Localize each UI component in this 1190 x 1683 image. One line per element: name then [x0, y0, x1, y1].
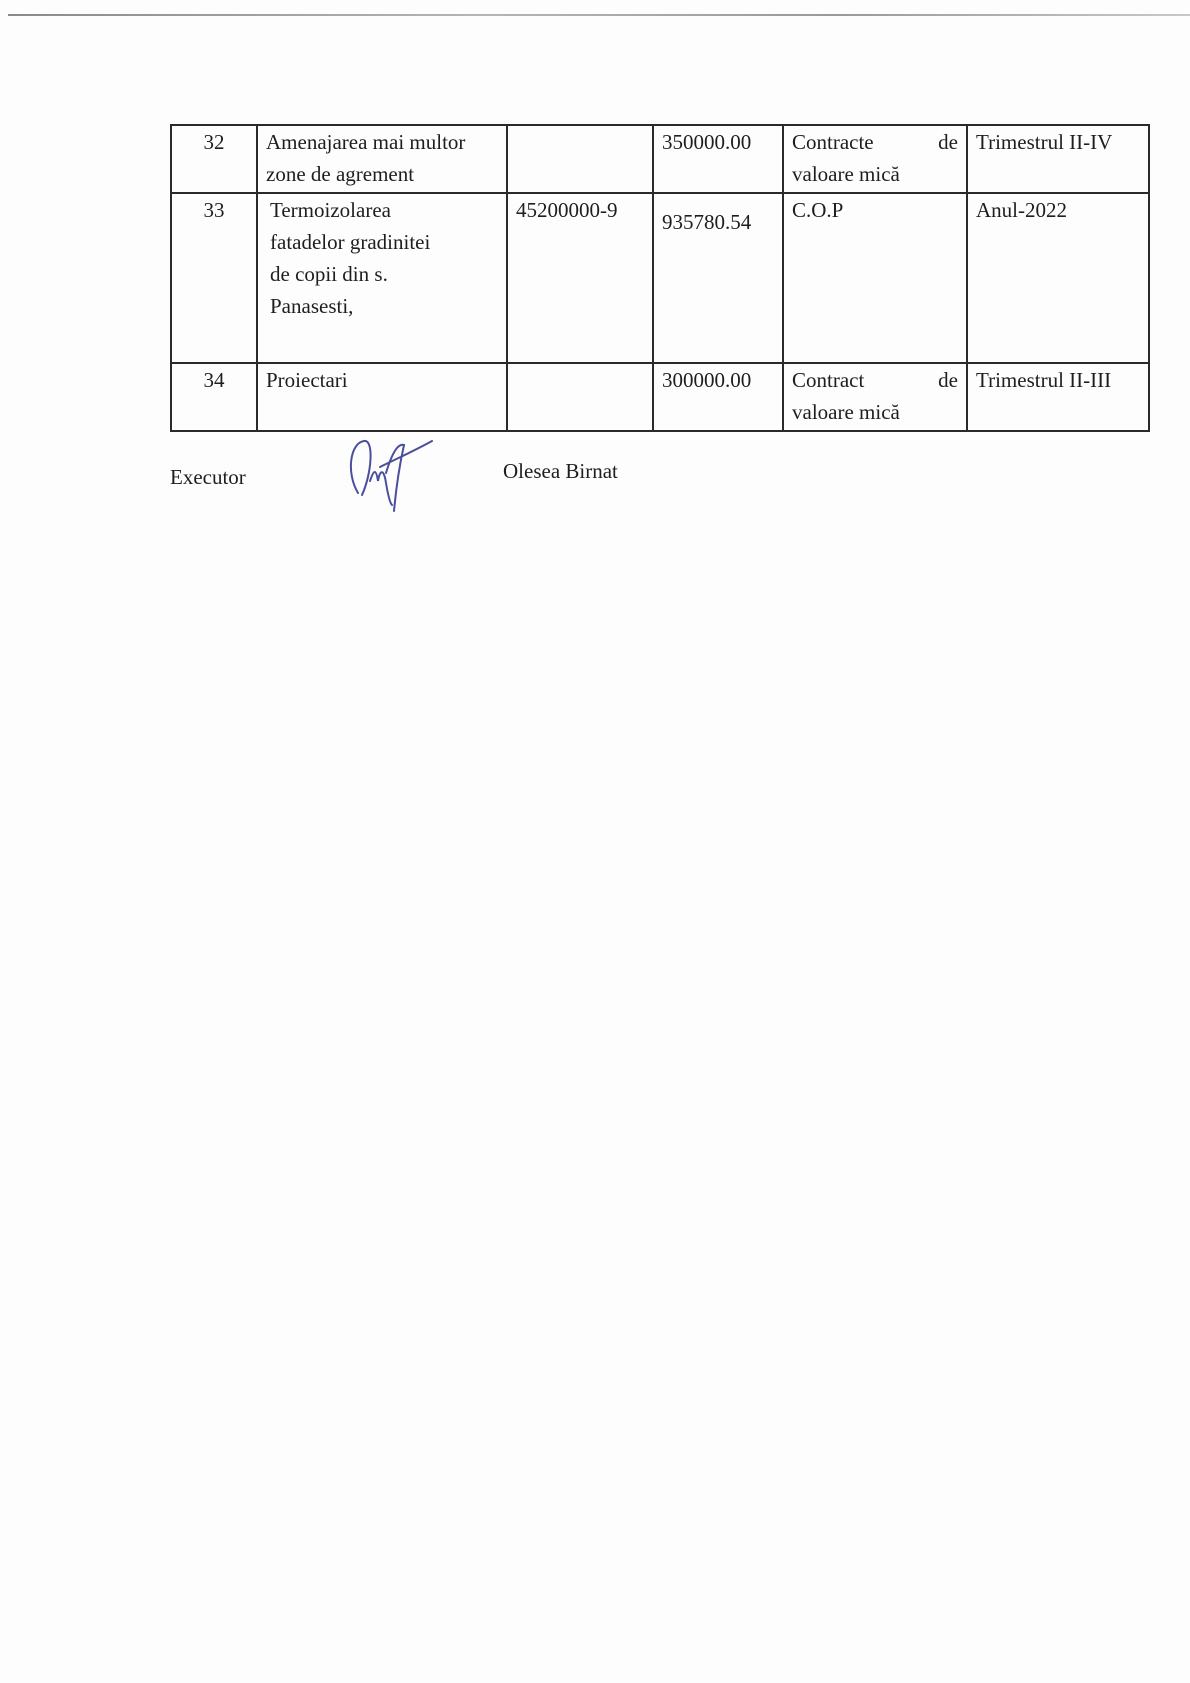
term: Trimestrul II-IV [967, 125, 1149, 193]
object-name: Termoizolarea fatadelor gradinitei de co… [257, 193, 507, 363]
handwritten-signature-icon [340, 433, 440, 513]
table-row: 32 Amenajarea mai multor zone de agremen… [171, 125, 1149, 193]
object-name: Amenajarea mai multor zone de agrement [257, 125, 507, 193]
term: Anul-2022 [967, 193, 1149, 363]
cpv-code [507, 125, 653, 193]
object-name: Proiectari [257, 363, 507, 431]
procedure-type: C.O.P [783, 193, 967, 363]
procurement-plan-table: 32 Amenajarea mai multor zone de agremen… [170, 124, 1150, 432]
table-row: 33 Termoizolarea fatadelor gradinitei de… [171, 193, 1149, 363]
signature-block: Executor Olesea Birnat [170, 455, 870, 515]
estimated-value: 350000.00 [653, 125, 783, 193]
table-row: 34 Proiectari 300000.00 Contractde valoa… [171, 363, 1149, 431]
procedure-type: Contractde valoare mică [783, 363, 967, 431]
row-number: 33 [171, 193, 257, 363]
cpv-code [507, 363, 653, 431]
cpv-code: 45200000-9 [507, 193, 653, 363]
row-number: 34 [171, 363, 257, 431]
scan-top-edge [8, 14, 1190, 16]
estimated-value: 300000.00 [653, 363, 783, 431]
executor-name: Olesea Birnat [503, 459, 618, 484]
estimated-value: 935780.54 [653, 193, 783, 363]
executor-label: Executor [170, 465, 246, 490]
procedure-type: Contractede valoare mică [783, 125, 967, 193]
row-number: 32 [171, 125, 257, 193]
term: Trimestrul II-III [967, 363, 1149, 431]
